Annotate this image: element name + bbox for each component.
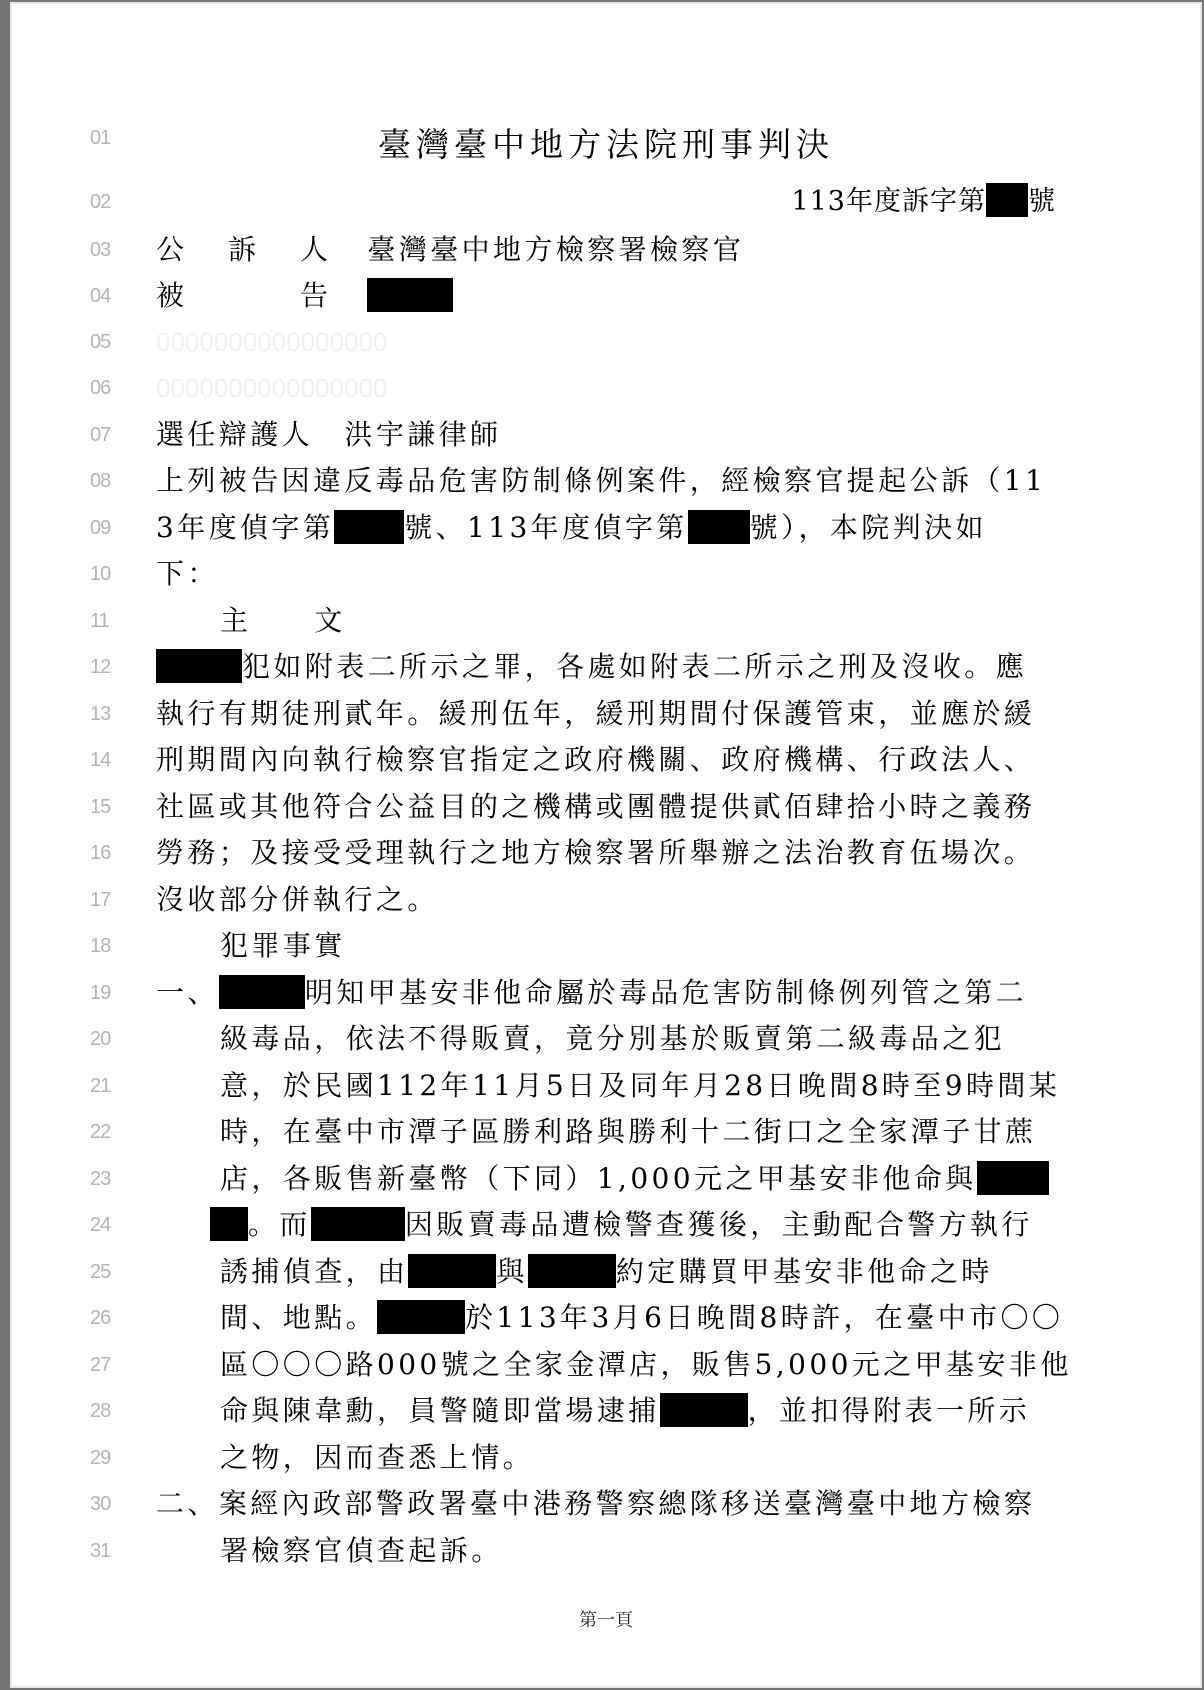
line-number: 28 (90, 1388, 130, 1434)
facts-line: 一、明知甲基安非他命屬於毒品危害防制條例列管之第二 (156, 970, 1056, 1016)
redaction-box (377, 1300, 465, 1334)
line-number: 19 (90, 970, 130, 1016)
section-heading-main: 主 文 (220, 598, 1056, 644)
redaction-box (986, 183, 1028, 217)
line-number: 25 (90, 1249, 130, 1295)
facts-line: 誘捕偵查，由與約定購買甲基安非他命之時 (220, 1249, 1056, 1295)
facts-line: 級毒品，依法不得販賣，竟分別基於販賣第二級毒品之犯 (220, 1016, 1056, 1062)
document-page: 01 02 03 04 05 06 07 08 09 10 11 12 13 1… (10, 2, 1202, 1688)
section-heading-facts: 犯罪事實 (220, 923, 1056, 969)
facts-text: 。而 (248, 1208, 311, 1241)
facts-text: 與 (496, 1255, 527, 1288)
intro-line: 上列被告因違反毒品危害防制條例案件，經檢察官提起公訴（11 (156, 458, 1056, 504)
redaction-box (660, 1393, 748, 1427)
intro-text: 3年度偵字第 (156, 511, 334, 544)
line-number: 13 (90, 691, 130, 737)
facts-line: 店，各販售新臺幣（下同）1,000元之甲基安非他命與 (220, 1156, 1056, 1202)
line-number: 23 (90, 1156, 130, 1202)
facts-line: 間、地點。於113年3月6日晚間8時許，在臺中市〇〇 (220, 1295, 1056, 1341)
line-number: 16 (90, 830, 130, 876)
line-number: 14 (90, 737, 130, 783)
document-title: 臺灣臺中地方法院刑事判決 (10, 115, 1202, 175)
line-number: 18 (90, 923, 130, 969)
line-number: 27 (90, 1342, 130, 1388)
redaction-box (977, 1161, 1049, 1195)
defendant-label: 被 告 (156, 279, 336, 312)
main-text-line: 執行有期徒刑貳年。緩刑伍年，緩刑期間付保護管束，並應於緩 (156, 691, 1056, 737)
facts-text: 明知甲基安非他命屬於毒品危害防制條例列管之第二 (305, 976, 1027, 1009)
intro-line: 3年度偵字第號、113年度偵字第號），本院判決如 (156, 505, 1056, 551)
facts-line: 命與陳韋勳，員警隨即當場逮捕，並扣得附表一所示 (220, 1388, 1056, 1434)
main-text-line: 刑期間內向執行檢察官指定之政府機關、政府機構、行政法人、 (156, 737, 1056, 783)
defendant-placeholder: 0000000000000000 (156, 319, 1056, 365)
line-number: 06 (90, 365, 130, 411)
prosecutor-label: 公 訴 人 (156, 233, 336, 266)
redaction-box (210, 1207, 248, 1241)
facts-text: 命與陳韋勳，員警隨即當場逮捕 (220, 1394, 660, 1427)
line-number: 04 (90, 273, 130, 319)
facts-line: 之物，因而查悉上情。 (220, 1435, 1056, 1481)
facts-text: 誘捕偵查，由 (220, 1255, 408, 1288)
line-number: 15 (90, 784, 130, 830)
defendant-placeholder: 0000000000000000 (156, 365, 1056, 411)
line-number: 22 (90, 1109, 130, 1155)
line-number: 08 (90, 458, 130, 504)
line-number: 02 (90, 179, 130, 225)
facts-text: 約定購買甲基安非他命之時 (616, 1255, 993, 1288)
case-number-prefix: 113年度訴字第 (791, 186, 986, 217)
case-number-suffix: 號 (1028, 186, 1056, 217)
line-number: 17 (90, 877, 130, 923)
defense-line: 選任辯護人 洪宇謙律師 (156, 412, 1056, 458)
facts-text: 店，各販售新臺幣（下同）1,000元之甲基安非他命與 (220, 1162, 977, 1195)
line-number: 20 (90, 1016, 130, 1062)
main-text-line: 社區或其他符合公益目的之機構或團體提供貳佰肆拾小時之義務 (156, 784, 1056, 830)
line-number: 03 (90, 227, 130, 273)
defense-counsel: 洪宇謙律師 (344, 418, 501, 451)
line-number: 11 (90, 598, 130, 644)
redaction-box (408, 1254, 496, 1288)
redaction-box (334, 510, 404, 544)
facts-text: 因販賣毒品遭檢警查獲後，主動配合警方執行 (405, 1208, 1033, 1241)
main-text-line: 犯如附表二所示之罪，各處如附表二所示之刑及沒收。應 (156, 644, 1056, 690)
facts-line: 區〇〇〇路000號之全家金潭店，販售5,000元之甲基安非他 (220, 1342, 1056, 1388)
line-number: 24 (90, 1202, 130, 1248)
line-number: 26 (90, 1295, 130, 1341)
prosecutor-line: 公 訴 人 臺灣臺中地方檢察署檢察官 (156, 227, 1056, 273)
line-number: 30 (90, 1481, 130, 1527)
facts-line: 署檢察官偵查起訴。 (220, 1528, 1056, 1574)
facts-line: 時，在臺中市潭子區勝利路與勝利十二街口之全家潭子甘蔗 (220, 1109, 1056, 1155)
intro-line: 下： (156, 551, 1056, 597)
line-number: 12 (90, 644, 130, 690)
line-number: 07 (90, 412, 130, 458)
intro-text: 號、113年度偵字第 (404, 511, 687, 544)
line-number: 21 (90, 1063, 130, 1109)
main-text: 犯如附表二所示之罪，各處如附表二所示之刑及沒收。應 (242, 650, 1027, 683)
redaction-box (219, 975, 305, 1009)
page-footer: 第一頁 (10, 1606, 1202, 1632)
prosecutor-name: 臺灣臺中地方檢察署檢察官 (367, 233, 744, 266)
main-text-line: 勞務；及接受受理執行之地方檢察署所舉辦之法治教育伍場次。 (156, 830, 1056, 876)
defendant-line: 被 告 (156, 273, 1056, 319)
line-number: 09 (90, 505, 130, 551)
line-number: 05 (90, 319, 130, 365)
line-number: 31 (90, 1528, 130, 1574)
facts-line: 意，於民國112年11月5日及同年月28日晚間8時至9時間某 (220, 1063, 1056, 1109)
redaction-box (528, 1254, 616, 1288)
intro-text: 號），本院判決如 (750, 511, 987, 544)
line-number: 10 (90, 551, 130, 597)
facts-line: 。而因販賣毒品遭檢警查獲後，主動配合警方執行 (210, 1202, 1056, 1248)
facts-line: 二、案經內政部警政署臺中港務警察總隊移送臺灣臺中地方檢察 (156, 1481, 1056, 1527)
list-marker: 一、 (156, 976, 219, 1009)
facts-text: 於113年3月6日晚間8時許，在臺中市〇〇 (465, 1301, 1063, 1334)
main-text-line: 沒收部分併執行之。 (156, 877, 1056, 923)
redaction-box (688, 510, 750, 544)
list-marker: 二、 (156, 1487, 219, 1520)
facts-text: ，並扣得附表一所示 (748, 1394, 1031, 1427)
redaction-box (367, 278, 453, 312)
line-number: 29 (90, 1435, 130, 1481)
facts-text: 案經內政部警政署臺中港務警察總隊移送臺灣臺中地方檢察 (219, 1487, 1035, 1520)
defense-label: 選任辯護人 (156, 418, 313, 451)
facts-text: 間、地點。 (220, 1301, 377, 1334)
redaction-box (156, 649, 242, 683)
redaction-box (311, 1207, 405, 1241)
case-number: 113年度訴字第號 (791, 179, 1056, 225)
